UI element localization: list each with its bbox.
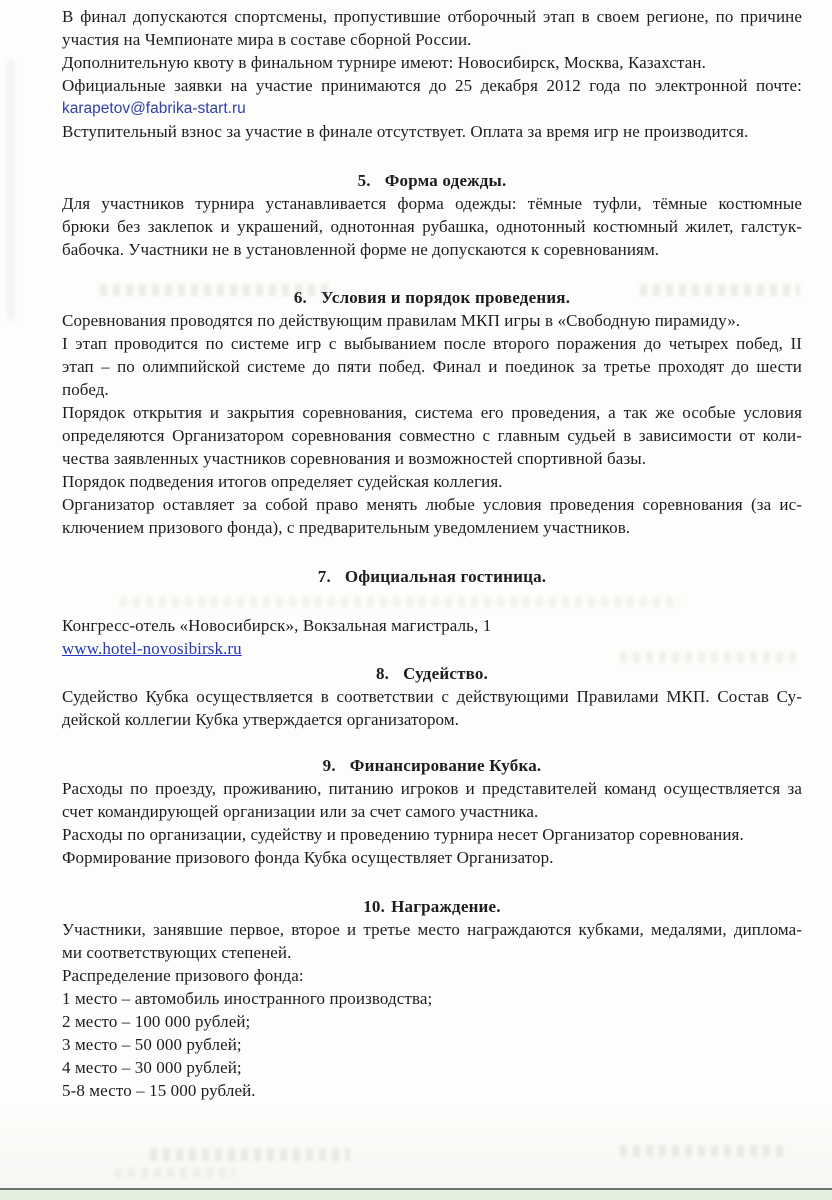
text-line: Вступительный взнос за участие в финале …	[62, 120, 802, 143]
text-line: Распределение призового фонда:	[62, 964, 802, 987]
text-line: бабочка. Участники не в установленной фо…	[62, 238, 802, 261]
section-5-heading: 5.Форма одежды.	[62, 169, 802, 192]
section-title: Форма одежды.	[385, 171, 507, 190]
text-line: ми соответствующих степеней.	[62, 941, 802, 964]
text-line: побед.	[62, 378, 802, 401]
section-title: Награждение.	[391, 897, 501, 916]
prize-list-item: 4 место – 30 000 рублей;	[62, 1056, 802, 1079]
section-title: Официальная гостиница.	[345, 567, 546, 586]
text-line: В финал допускаются спортсмены, пропусти…	[62, 5, 802, 28]
bleed-through-smudge	[620, 1145, 790, 1157]
text-line: участия на Чемпионате мира в составе сбо…	[62, 28, 802, 51]
prize-list-item: 5-8 место – 15 000 рублей.	[62, 1079, 802, 1102]
section-title: Финансирование Кубка.	[350, 756, 542, 775]
bleed-through-smudge	[120, 597, 680, 607]
text-line: счет командирующей организации или за сч…	[62, 800, 802, 823]
text-line: Участники, занявшие первое, второе и тре…	[62, 918, 802, 941]
section-7-heading: 7.Официальная гостиница.	[62, 565, 802, 588]
scanner-shadow-streak	[7, 60, 14, 320]
text-line: Расходы по проезду, проживанию, питанию …	[62, 777, 802, 800]
text-line: дейской коллегии Кубка утверждается орга…	[62, 708, 802, 731]
section-8-heading: 8.Судейство.	[62, 662, 802, 685]
text-line: Для участников турнира устанавливается ф…	[62, 192, 802, 215]
text-line: ключением призового фонда), с предварите…	[62, 516, 802, 539]
section-number: 9.	[323, 756, 336, 775]
section-title: Судейство.	[403, 664, 488, 683]
hotel-address-line: Конгресс-отель «Новосибирск», Вокзальная…	[62, 614, 802, 637]
text-line: Официальные заявки на участие принимаютс…	[62, 74, 802, 97]
section-number: 7.	[318, 567, 331, 586]
text-line: чества заявленных участников соревновани…	[62, 447, 802, 470]
hotel-website-link[interactable]: www.hotel-novosibirsk.ru	[62, 637, 802, 660]
prize-list-item: 2 место – 100 000 рублей;	[62, 1010, 802, 1033]
bleed-through-smudge	[150, 1148, 350, 1161]
section-9-heading: 9.Финансирование Кубка.	[62, 754, 802, 777]
text-line: определяются Организатором соревнования …	[62, 424, 802, 447]
email-link[interactable]: karapetov@fabrika-start.ru	[62, 97, 802, 120]
text-line: этап – по олимпийской системе до пяти по…	[62, 355, 802, 378]
section-number: 6.	[294, 288, 307, 307]
section-number: 10.	[363, 897, 385, 916]
section-10-heading: 10.Награждение.	[62, 895, 802, 918]
section-number: 5.	[358, 171, 371, 190]
text-line: Формирование призового фонда Кубка осуще…	[62, 846, 802, 869]
text-line: Расходы по организации, судейству и пров…	[62, 823, 802, 846]
bleed-through-smudge	[115, 1168, 235, 1178]
section-6-heading: 6.Условия и порядок проведения.	[62, 286, 802, 309]
prize-list-item: 1 место – автомобиль иностранного произв…	[62, 987, 802, 1010]
text-line: Порядок открытия и закрытия соревнования…	[62, 401, 802, 424]
scan-edge-strip	[0, 1190, 832, 1200]
text-line: Соревнования проводятся по действующим п…	[62, 309, 802, 332]
section-title: Условия и порядок проведения.	[321, 288, 570, 307]
text-line: Судейство Кубка осуществляется в соответ…	[62, 685, 802, 708]
scanned-page: В финал допускаются спортсмены, пропусти…	[0, 0, 832, 1200]
text-line: Дополнительную квоту в финальном турнире…	[62, 51, 802, 74]
section-number: 8.	[376, 664, 389, 683]
text-line: Организатор оставляет за собой право мен…	[62, 493, 802, 516]
text-line: брюки без заклепок и украшений, однотонн…	[62, 215, 802, 238]
prize-list-item: 3 место – 50 000 рублей;	[62, 1033, 802, 1056]
text-line: Порядок подведения итогов определяет суд…	[62, 470, 802, 493]
text-line: I этап проводится по системе игр с выбыв…	[62, 332, 802, 355]
